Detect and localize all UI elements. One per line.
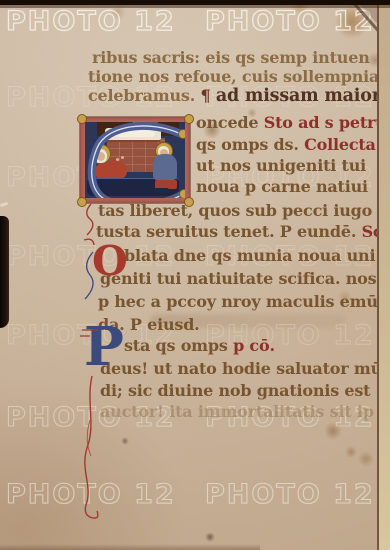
initial-o-drop-cap: O [92,241,128,282]
text-segment: noua p carne natiui [196,177,368,196]
text-segment: tusta seruitus tenet. P eundē. [96,222,362,241]
text-line: tusta seruitus tenet. P eundē. Scr. [96,224,390,240]
text-segment: oncede [196,113,264,132]
text-line: oncede Sto ad s petrū. [196,115,390,131]
mary-hand [121,156,124,159]
pilcrow-mark: ¶ [195,86,216,105]
text-segment: celebramus. [88,86,195,105]
photo-top-edge-shadow [0,5,390,8]
rubric-segment: Sto ad s petrū. [264,113,390,132]
text-segment: auctor! ita immortalitatis sit ip [100,402,374,421]
text-segment: qs omps ds. [196,135,304,154]
mary-hand [116,158,119,161]
gold-corner-knob [184,197,194,207]
gold-corner-knob [184,114,194,124]
text-line: p hec a pccoy nroy maculis emū [98,294,378,310]
photo-bottom-shadow [0,544,260,550]
gold-corner-knob [77,197,87,207]
text-line: deus! ut nato hodie saluator mū [100,361,382,377]
text-line: geniti tui natiuitate scifica. nosq; [100,271,390,287]
text-segment: tas liberet, quos sub pecci iugo ue [98,201,390,220]
text-segment: ut nos unigeniti tui [196,156,366,175]
gold-corner-knob [77,114,87,124]
text-segment: deus! ut nato hodie saluator mū [100,359,382,378]
text-line: auctor! ita immortalitatis sit ip [100,404,374,420]
text-segment: di; sic diuine nob gnationis est [100,381,370,400]
page-fore-edge [377,0,390,550]
christ-child-swaddle [115,130,155,137]
binding-clasp [0,216,9,328]
text-line: blata dne qs munia noua uni [124,248,375,264]
text-line: qs omps ds. Collecta. [196,137,381,153]
initial-p-drop-cap: P [84,321,124,374]
text-line: celebramus. ¶ ad missam maiorē. [88,88,390,106]
text-segment: tione nos refoue, cuis sollempnia [88,67,379,86]
rubric-segment: p cō. [233,336,275,355]
rubric-segment: Collecta. [304,135,381,154]
text-segment: ribus sacris: eis qs semp intuen [92,48,370,67]
text-line: ribus sacris: eis qs semp intuen [92,50,370,66]
manuscript-page-photo: PHOTO 12 PHOTO 12 PHOTO 12 PHOTO 12 PHOT… [0,0,390,550]
mary-face [97,152,105,161]
text-line: di; sic diuine nob gnationis est [100,383,370,399]
text-line: ut nos unigeniti tui [196,158,366,174]
text-line: tione nos refoue, cuis sollempnia [88,69,379,85]
text-line: tas liberet, quos sub pecci iugo ue [98,203,390,219]
joseph-leg [155,188,169,193]
christ-child-head [107,129,114,136]
text-segment: geniti tui natiuitate scifica. nosq; [100,269,390,288]
text-segment: blata dne qs munia noua uni [124,246,375,265]
nativity-miniature [80,117,190,203]
joseph-robe [153,154,177,180]
text-segment: sta qs omps [124,336,233,355]
text-line: sta qs omps p cō. [124,338,275,354]
text-segment: p hec a pccoy nroy maculis emū [98,292,378,311]
rubric-heading: ad missam maiorē. [216,86,390,106]
text-line: noua p carne natiui [196,179,368,195]
miniature-field [85,122,185,198]
